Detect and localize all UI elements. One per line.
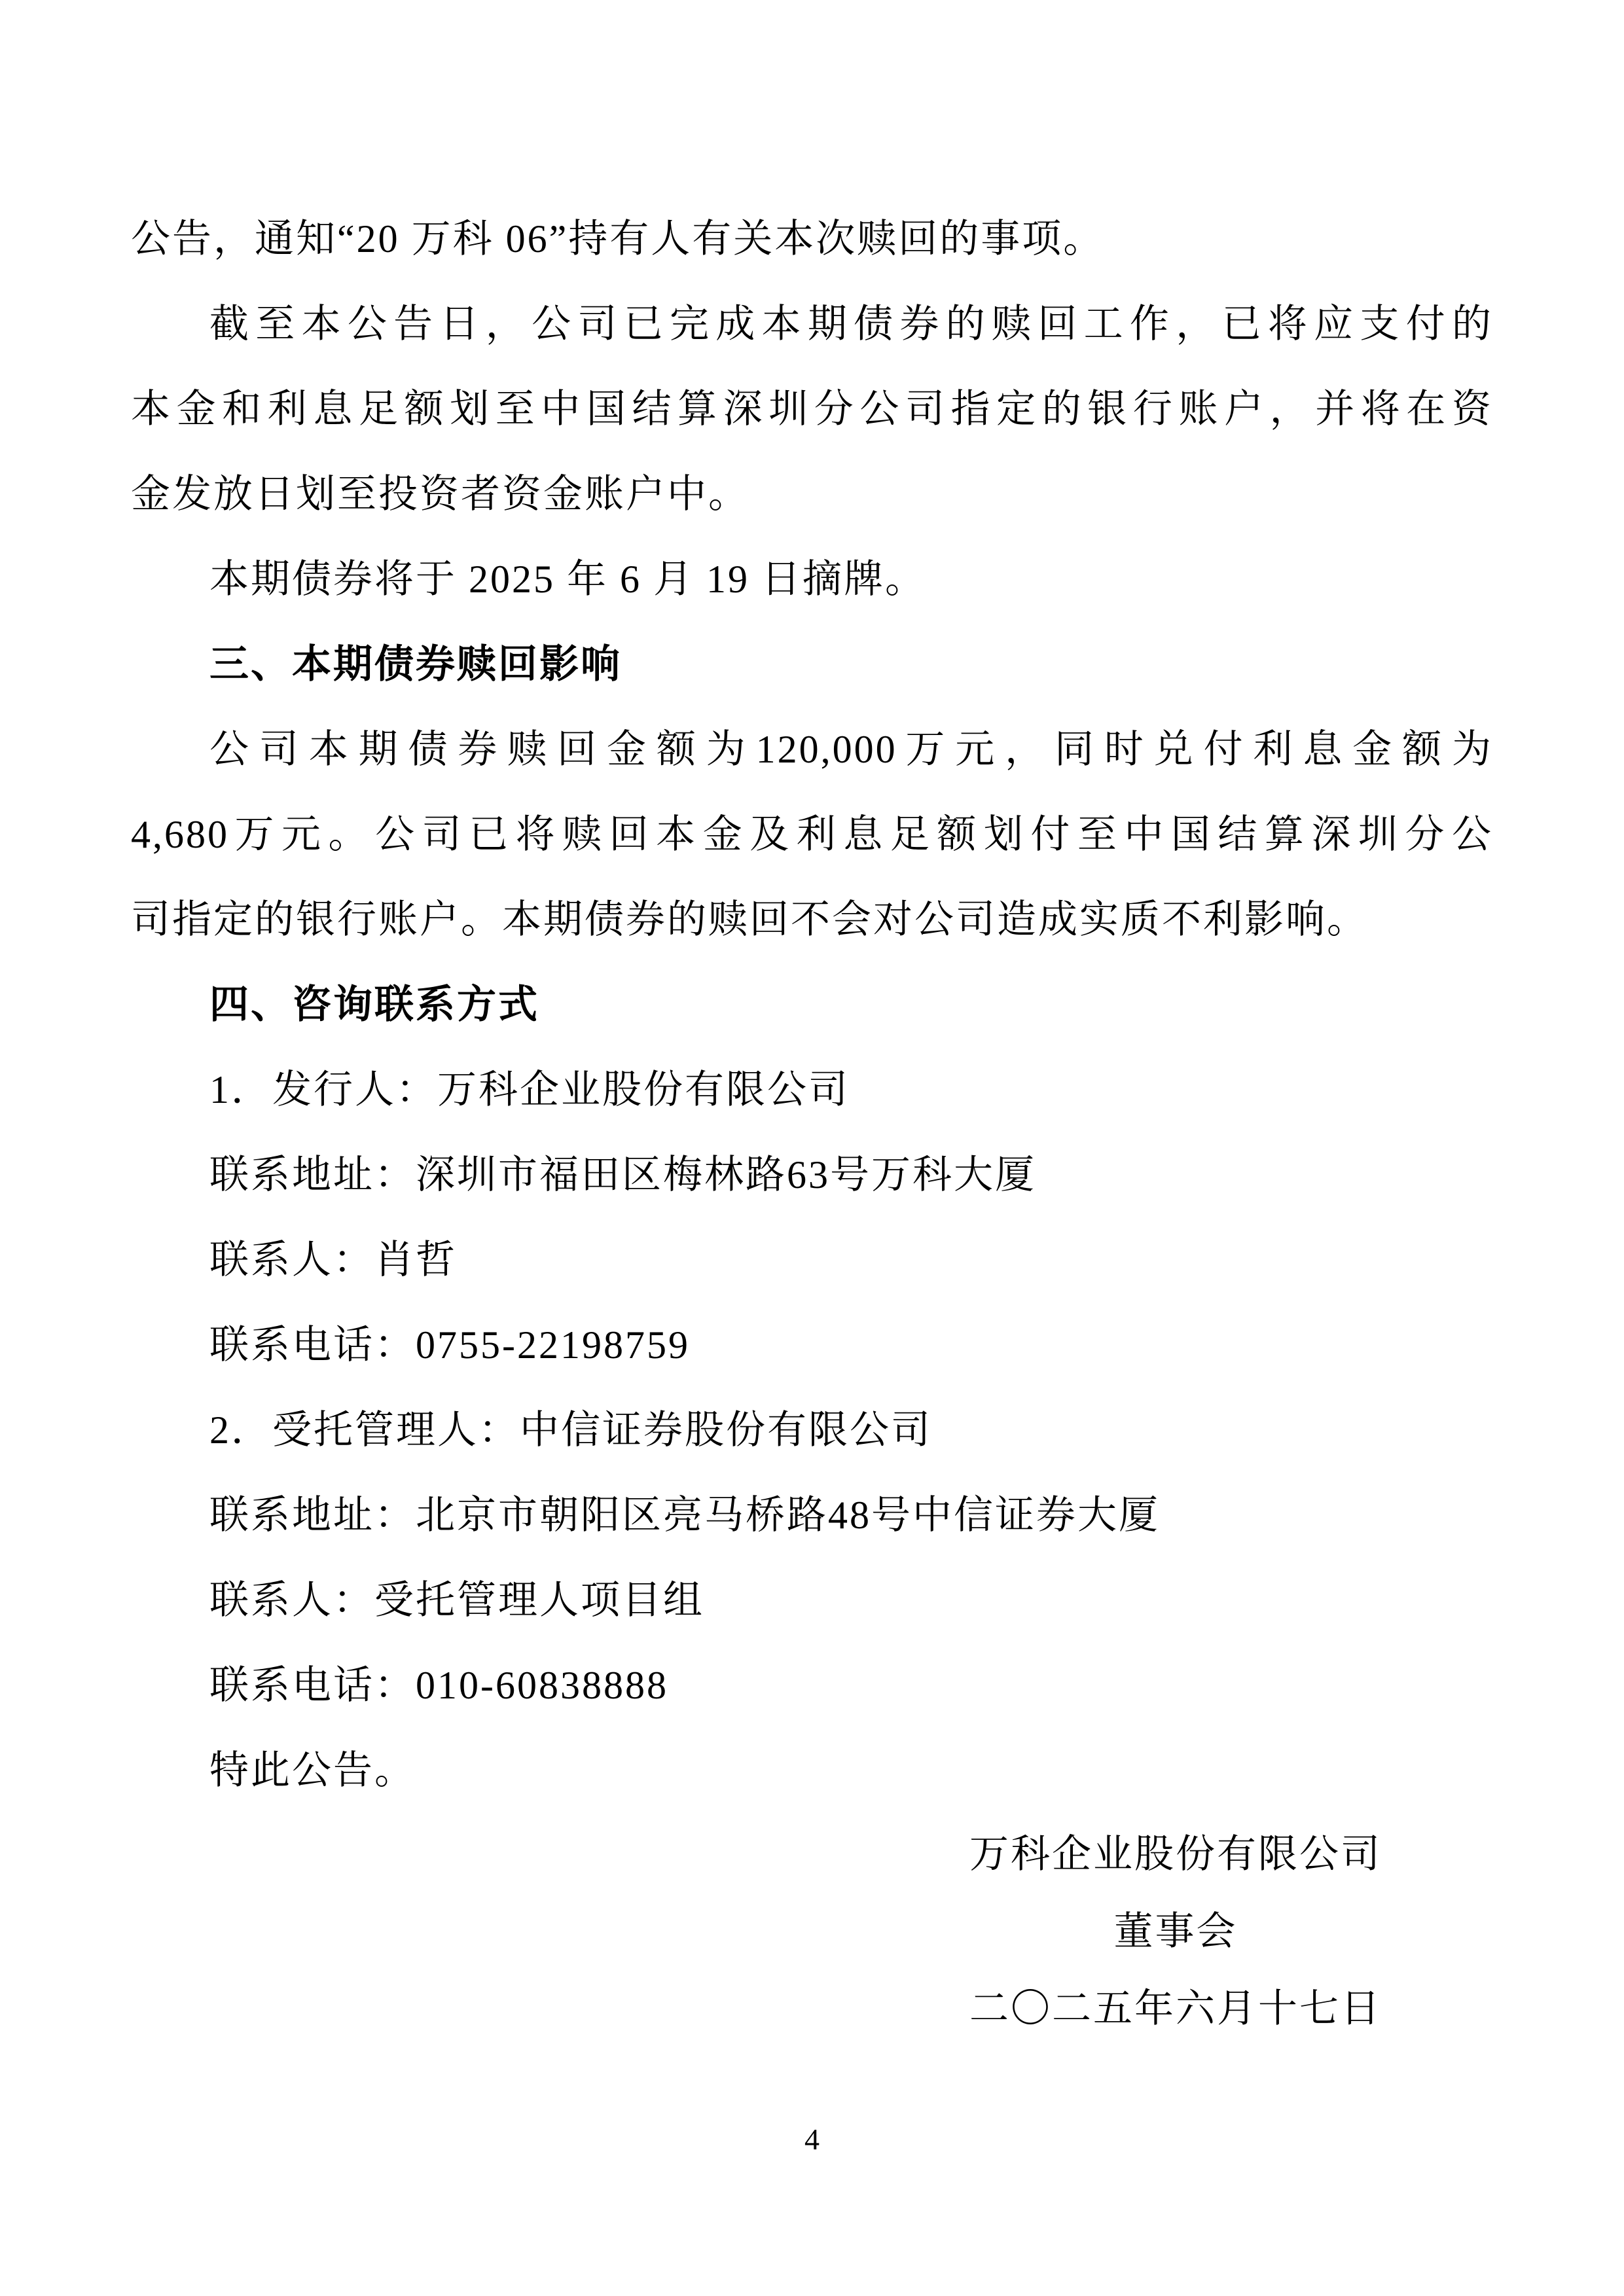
document-page: 公告，通知“20 万科 06”持有人有关本次赎回的事项。 截至本公告日，公司已完… — [0, 0, 1624, 2296]
paragraph-redemption-line-3: 金发放日划至投资者资金账户中。 — [131, 452, 1493, 537]
section-heading-4: 四、咨询联系方式 — [131, 962, 1493, 1047]
signature-block: 万科企业股份有限公司 董事会 二〇二五年六月十七日 — [969, 1816, 1382, 2047]
signature-company: 万科企业股份有限公司 — [969, 1816, 1382, 1893]
paragraph-redemption-line-2: 本金和利息足额划至中国结算深圳分公司指定的银行账户，并将在资 — [131, 367, 1493, 452]
document-body: 公告，通知“20 万科 06”持有人有关本次赎回的事项。 截至本公告日，公司已完… — [0, 0, 1624, 2047]
trustee-phone-line: 联系电话：010-60838888 — [131, 1643, 1493, 1728]
issuer-name-line: 1．发行人：万科企业股份有限公司 — [131, 1047, 1493, 1132]
delisting-date-line: 本期债券将于 2025 年 6 月 19 日摘牌。 — [131, 537, 1493, 622]
issuer-contact-line: 联系人：肖哲 — [131, 1217, 1493, 1302]
page-number: 4 — [0, 2122, 1624, 2157]
announcement-closing-line: 特此公告。 — [131, 1728, 1493, 1813]
section-heading-3: 三、本期债券赎回影响 — [131, 622, 1493, 707]
signature-board: 董事会 — [969, 1893, 1382, 1970]
continuation-line: 公告，通知“20 万科 06”持有人有关本次赎回的事项。 — [131, 196, 1493, 281]
issuer-address-line: 联系地址：深圳市福田区梅林路63号万科大厦 — [131, 1132, 1493, 1217]
trustee-name-line: 2．受托管理人：中信证券股份有限公司 — [131, 1388, 1493, 1473]
paragraph-impact-line-3: 司指定的银行账户。本期债券的赎回不会对公司造成实质不利影响。 — [131, 877, 1493, 962]
trustee-address-line: 联系地址：北京市朝阳区亮马桥路48号中信证券大厦 — [131, 1473, 1493, 1558]
issuer-phone-line: 联系电话：0755-22198759 — [131, 1302, 1493, 1388]
paragraph-redemption-line-1: 截至本公告日，公司已完成本期债券的赎回工作，已将应支付的 — [131, 281, 1493, 367]
trustee-contact-line: 联系人：受托管理人项目组 — [131, 1558, 1493, 1643]
signature-date: 二〇二五年六月十七日 — [969, 1970, 1382, 2047]
paragraph-impact-line-1: 公司本期债券赎回金额为120,000万元，同时兑付利息金额为 — [131, 707, 1493, 792]
paragraph-impact-line-2: 4,680万元。公司已将赎回本金及利息足额划付至中国结算深圳分公 — [131, 792, 1493, 877]
